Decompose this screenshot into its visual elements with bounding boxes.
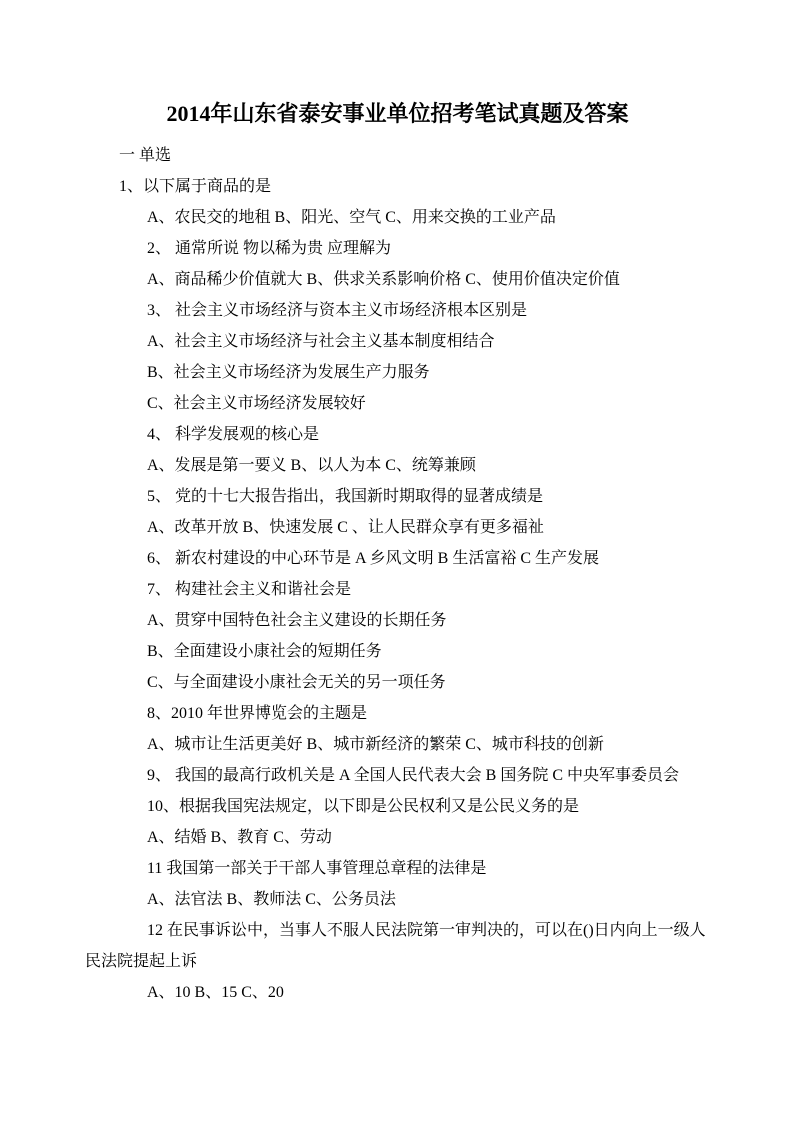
text-line-6: 3、 社会主义市场经济与资本主义市场经济根本区别是 — [85, 295, 710, 326]
text-line-3: A、农民交的地租 B、阳光、空气 C、用来交换的工业产品 — [85, 202, 710, 233]
text-line-5: A、商品稀少价值就大 B、供求关系影响价格 C、使用价值决定价值 — [85, 264, 710, 295]
text-line-24: 11 我国第一部关于干部人事管理总章程的法律是 — [85, 853, 710, 884]
document-page: 2014年山东省泰安事业单位招考笔试真题及答案 一 单选1、以下属于商品的是A、… — [0, 0, 794, 1123]
text-line-20: A、城市让生活更美好 B、城市新经济的繁荣 C、城市科技的创新 — [85, 729, 710, 760]
text-line-4: 2、 通常所说 物以稀为贵 应理解为 — [85, 233, 710, 264]
text-line-17: B、全面建设小康社会的短期任务 — [85, 636, 710, 667]
text-line-26: 12 在民事诉讼中，当事人不服人民法院第一审判决的，可以在()日内向上一级人民法… — [85, 915, 710, 977]
text-line-22: 10、根据我国宪法规定，以下即是公民权利又是公民义务的是 — [85, 791, 710, 822]
text-line-13: A、改革开放 B、快速发展 C 、让人民群众享有更多福祉 — [85, 512, 710, 543]
text-line-7: A、社会主义市场经济与社会主义基本制度相结合 — [85, 326, 710, 357]
text-line-14: 6、 新农村建设的中心环节是 A 乡风文明 B 生活富裕 C 生产发展 — [85, 543, 710, 574]
text-line-23: A、结婚 B、教育 C、劳动 — [85, 822, 710, 853]
text-line-15: 7、 构建社会主义和谐社会是 — [85, 574, 710, 605]
text-line-1: 一 单选 — [85, 140, 710, 171]
text-line-12: 5、 党的十七大报告指出，我国新时期取得的显著成绩是 — [85, 481, 710, 512]
text-line-19: 8、2010 年世界博览会的主题是 — [85, 698, 710, 729]
text-line-21: 9、 我国的最高行政机关是 A 全国人民代表大会 B 国务院 C 中央军事委员会 — [85, 760, 710, 791]
text-line-11: A、发展是第一要义 B、以人为本 C、统筹兼顾 — [85, 450, 710, 481]
text-line-9: C、社会主义市场经济发展较好 — [85, 388, 710, 419]
text-line-27: A、10 B、15 C、20 — [85, 977, 710, 1008]
document-body: 一 单选1、以下属于商品的是A、农民交的地租 B、阳光、空气 C、用来交换的工业… — [85, 140, 710, 1008]
text-line-16: A、贯穿中国特色社会主义建设的长期任务 — [85, 605, 710, 636]
text-line-18: C、与全面建设小康社会无关的另一项任务 — [85, 667, 710, 698]
text-line-8: B、社会主义市场经济为发展生产力服务 — [85, 357, 710, 388]
text-line-25: A、法官法 B、教师法 C、公务员法 — [85, 884, 710, 915]
text-line-10: 4、 科学发展观的核心是 — [85, 419, 710, 450]
text-line-2: 1、以下属于商品的是 — [85, 171, 710, 202]
document-title: 2014年山东省泰安事业单位招考笔试真题及答案 — [85, 98, 710, 129]
